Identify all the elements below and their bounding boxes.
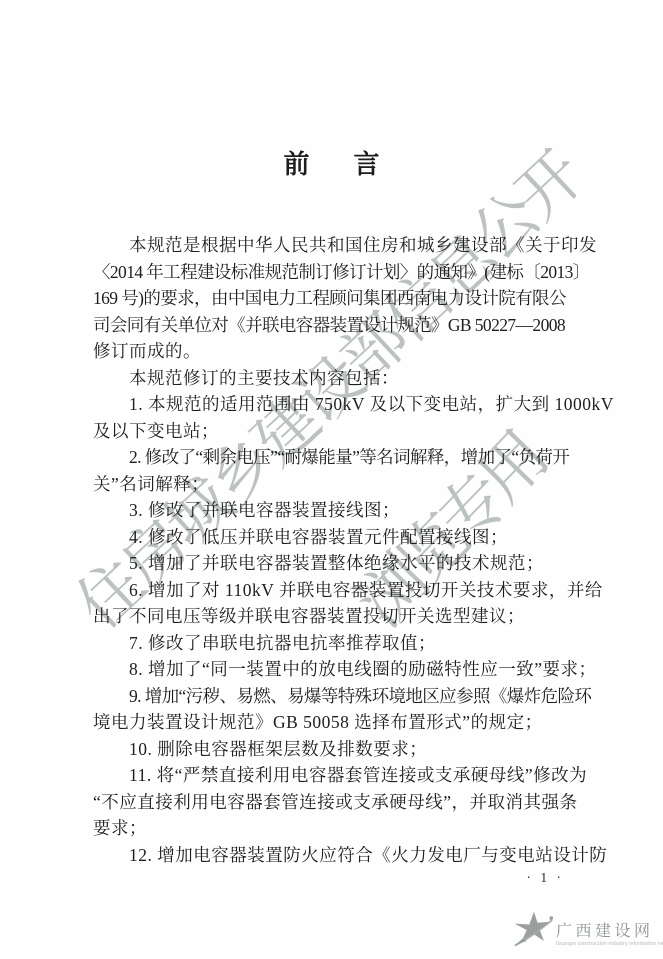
text-line: 出了不同电压等级并联电容器装置投切开关选型建议；	[93, 603, 571, 630]
text-line: 要求；	[93, 815, 571, 842]
text-line: 10. 删除电容器框架层数及排数要求；	[93, 736, 571, 763]
text-line: 本规范修订的主要技术内容包括：	[93, 365, 571, 392]
text-line: 169 号)的要求，由中国电力工程顾问集团西南电力设计院有限公	[93, 285, 571, 312]
star-swoosh-icon	[512, 910, 554, 955]
text-line: 及以下变电站；	[93, 418, 571, 445]
text-line: 11. 将“严禁直接利用电容器套管连接或支承硬母线”修改为	[93, 762, 571, 789]
text-line: 5. 增加了并联电容器装置整体绝缘水平的技术规范；	[93, 550, 571, 577]
text-line: 2. 修改了“剩余电压”“耐爆能量”等名词解释，增加了“负荷开	[93, 444, 571, 471]
text-line: 修订而成的。	[93, 338, 571, 365]
text-line: 6. 增加了对 110kV 并联电容器装置投切开关技术要求，并给	[93, 577, 571, 604]
site-logo-caption: Guangxi construction industry informatio…	[556, 941, 663, 947]
document-page: 住房城乡建设部信息公开 浏览专用 前 言 本规范是根据中华人民共和国住房和城乡建…	[0, 0, 663, 959]
text-line: 9. 增加“污秽、易燃、易爆等特殊环境地区应参照《爆炸危险环	[93, 683, 571, 710]
body-text: 本规范是根据中华人民共和国住房和城乡建设部《关于印发〈2014 年工程建设标准规…	[93, 232, 571, 868]
text-line: 关”名词解释；	[93, 471, 571, 498]
text-line: 4. 修改了低压并联电容器装置元件配置接线图；	[93, 524, 571, 551]
site-logo-text: 广西建设网 Guangxi construction industry info…	[556, 918, 663, 947]
text-line: 3. 修改了并联电容器装置接线图；	[93, 497, 571, 524]
text-line: 〈2014 年工程建设标准规范制订修订计划〉的通知》(建标〔2013〕	[93, 259, 571, 286]
page-title: 前 言	[0, 144, 663, 181]
text-line: 12. 增加电容器装置防火应符合《火力发电厂与变电站设计防	[93, 842, 571, 869]
page-number: · 1 ·	[527, 870, 565, 886]
site-logo: 广西建设网 Guangxi construction industry info…	[512, 910, 657, 955]
text-line: “不应直接利用电容器套管连接或支承硬母线”，并取消其强条	[93, 789, 571, 816]
text-line: 8. 增加了“同一装置中的放电线圈的励磁特性应一致”要求；	[93, 656, 571, 683]
site-logo-name: 广西建设网	[556, 918, 663, 941]
text-line: 境电力装置设计规范》GB 50058 选择布置形式”的规定；	[93, 709, 571, 736]
text-line: 7. 修改了串联电抗器电抗率推荐取值；	[93, 630, 571, 657]
text-line: 本规范是根据中华人民共和国住房和城乡建设部《关于印发	[93, 232, 571, 259]
text-line: 司会同有关单位对《并联电容器装置设计规范》GB 50227—2008	[93, 312, 571, 339]
text-line: 1. 本规范的适用范围由 750kV 及以下变电站，扩大到 1000kV	[93, 391, 571, 418]
